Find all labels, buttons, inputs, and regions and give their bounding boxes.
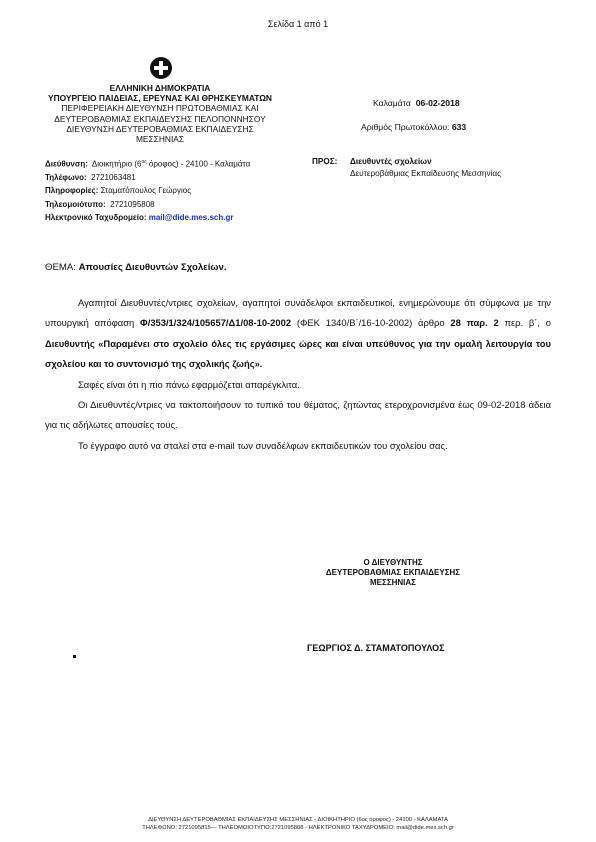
date-label: Καλαμάτα: [373, 98, 411, 108]
bullet-mark: [73, 655, 76, 658]
protocol-number: Αριθμός Πρωτοκόλλου: 633: [361, 122, 466, 132]
organization-header: ΕΛΛΗΝΙΚΗ ΔΗΜΟΚΡΑΤΙΑ ΥΠΟΥΡΓΕΙΟ ΠΑΙΔΕΙΑΣ, …: [40, 83, 280, 144]
org-line: ΔΙΕΥΘΥΝΣΗ ΔΕΥΤΕΡΟΒΑΘΜΙΑΣ ΕΚΠΑΙΔΕΥΣΗΣ: [40, 124, 280, 134]
email-link[interactable]: mail@dide.mes.sch.gr: [149, 213, 234, 222]
recipient-line1: Διευθυντές σχολείων: [350, 157, 432, 166]
footer-line1: ΔΙΕΥΘΥΝΣΗ ΔΕΥΤΕΡΟΒΑΘΜΙΑΣ ΕΚΠΑΙΔΕΥΣΗΣ ΜΕΣ…: [0, 816, 596, 824]
subject-label: ΘΕΜΑ:: [45, 262, 76, 273]
date-value: 06-02-2018: [416, 98, 460, 108]
paragraph-1: Αγαπητοί Διευθυντές/ντριες σχολείων, αγα…: [45, 293, 551, 375]
email-row: Ηλεκτρονικό Ταχυδρομείο: mail@dide.mes.s…: [45, 211, 250, 224]
recipient-block: ΠΡΟΣ:Διευθυντές σχολείων Δευτεροβάθμιας …: [312, 156, 501, 181]
org-line: ΜΕΣΣΗΝΙΑΣ: [40, 134, 280, 144]
footer-line2: ΤΗΛΕΦΩΝΟ: 2721095815— ΤΗΛΕΟΜΟΙΟΤΥΠΟ:2721…: [0, 824, 596, 832]
subject-line: ΘΕΜΑ: Απουσίες Διευθυντών Σχολείων.: [45, 262, 227, 273]
page-footer: ΔΙΕΥΘΥΝΣΗ ΔΕΥΤΕΡΟΒΑΘΜΙΑΣ ΕΚΠΑΙΔΕΥΣΗΣ ΜΕΣ…: [0, 816, 596, 832]
address-row: Διεύθυνση: Διοικητήριο (6ος όροφος) - 24…: [45, 156, 250, 171]
signatory-name: ΓΕΩΡΓΙΟΣ Δ. ΣΤΑΜΑΤΟΠΟΥΛΟΣ: [307, 643, 445, 653]
recipient-label: ΠΡΟΣ:: [312, 156, 350, 168]
letter-body: Αγαπητοί Διευθυντές/ντριες σχολείων, αγα…: [45, 293, 551, 456]
recipient-line2: Δευτεροβάθμιας Εκπαίδευσης Μεσσηνίας: [312, 168, 501, 180]
subject-text: Απουσίες Διευθυντών Σχολείων.: [79, 262, 227, 273]
org-line: ΥΠΟΥΡΓΕΙΟ ΠΑΙΔΕΙΑΣ, ΕΡΕΥΝΑΣ ΚΑΙ ΘΡΗΣΚΕΥΜ…: [40, 93, 280, 103]
org-line: ΔΕΥΤΕΡΟΒΑΘΜΙΑΣ ΕΚΠΑΙΔΕΥΣΗΣ ΠΕΛΟΠΟΝΝΗΣΟΥ: [40, 114, 280, 124]
org-line: ΠΕΡΙΦΕΡΕΙΑΚΗ ΔΙΕΥΘΥΝΣΗ ΠΡΩΤΟΒΑΘΜΙΑΣ ΚΑΙ: [40, 103, 280, 113]
contact-block: Διεύθυνση: Διοικητήριο (6ος όροφος) - 24…: [45, 156, 250, 225]
signatory-title: Ο ΔΙΕΥΘΥΝΤΗΣ ΔΕΥΤΕΡΟΒΑΘΜΙΑΣ ΕΚΠΑΙΔΕΥΣΗΣ …: [318, 558, 468, 588]
paragraph-2: Σαφές είναι ότι η πιο πάνω εφαρμόζεται α…: [45, 375, 551, 395]
info-row: Πληροφορίες: Σταματόπουλος Γεώργιος: [45, 184, 250, 197]
paragraph-4: Το έγγραφο αυτό να σταλεί στα e-mail των…: [45, 436, 551, 456]
phone-row: Τηλέφωνο: 2721063481: [45, 171, 250, 184]
paragraph-3: Οι Διευθυντές/ντριες να τακτοποιήσουν το…: [45, 395, 551, 436]
protocol-label: Αριθμός Πρωτοκόλλου:: [361, 122, 449, 132]
page-number-header: Σελίδα 1 από 1: [0, 19, 596, 29]
protocol-value: 633: [452, 122, 466, 132]
document-date: Καλαμάτα 06-02-2018: [373, 98, 460, 108]
fax-row: Τηλεομοιότυπο: 2721095808: [45, 198, 250, 211]
greek-emblem-icon: [150, 57, 172, 79]
org-line: ΕΛΛΗΝΙΚΗ ΔΗΜΟΚΡΑΤΙΑ: [40, 83, 280, 93]
